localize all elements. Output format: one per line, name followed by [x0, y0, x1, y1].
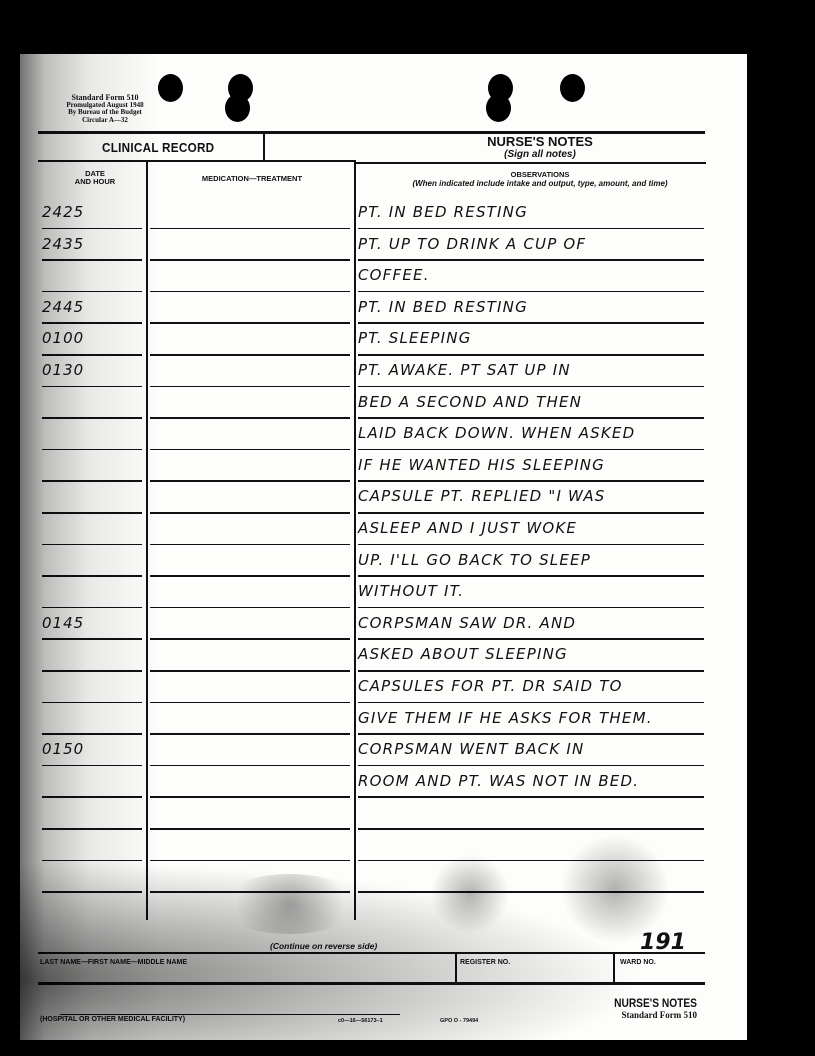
entry-observation: ASKED ABOUT SLEEPING	[358, 645, 568, 663]
row-rule	[358, 670, 704, 672]
entry-medication	[150, 671, 350, 703]
row-rule	[358, 449, 704, 451]
row-rule	[358, 575, 704, 577]
scan-smudge	[560, 834, 670, 944]
row-rule	[358, 891, 704, 893]
entry-time: 2425	[42, 203, 84, 221]
entry-observation: ROOM AND PT. WAS NOT IN BED.	[358, 772, 639, 790]
entry-observation: CORPSMAN SAW DR. AND	[358, 614, 576, 632]
row-rule	[358, 828, 704, 830]
row-rule	[42, 512, 142, 514]
date-column-header: DATE AND HOUR	[50, 170, 140, 186]
entry-medication	[150, 323, 350, 355]
observations-column-divider	[354, 162, 356, 920]
circular-label: Circular A—32	[50, 117, 160, 125]
row-rule	[42, 291, 142, 293]
row-rule	[358, 480, 704, 482]
row-rule	[42, 765, 142, 767]
row-rule	[358, 386, 704, 388]
row-rule	[42, 322, 142, 324]
entry-observation: PT. IN BED RESTING	[358, 203, 528, 221]
nurses-notes-title: NURSE'S NOTES	[355, 135, 725, 149]
record-type-title: CLINICAL RECORD	[102, 140, 214, 155]
entry-medication	[150, 576, 350, 608]
entry-medication	[150, 639, 350, 671]
row-rule	[42, 860, 142, 862]
row-rule	[358, 259, 704, 261]
entry-medication	[150, 197, 350, 229]
row-rule	[42, 544, 142, 546]
register-label: REGISTER NO.	[460, 959, 510, 966]
footer-rule-top	[38, 952, 705, 954]
observations-note: (When indicated include intake and outpu…	[355, 179, 725, 188]
footer-form-number: Standard Form 510	[575, 1010, 697, 1020]
row-rule	[358, 638, 704, 640]
row-rule	[358, 765, 704, 767]
row-rule	[42, 259, 142, 261]
form-identification: Standard Form 510 Promulgated August 194…	[50, 94, 160, 124]
entry-medication	[150, 355, 350, 387]
footer-title-block: NURSE'S NOTES Standard Form 510	[575, 996, 697, 1020]
date-column-divider	[146, 162, 148, 920]
register-divider	[455, 952, 457, 982]
footer-title: NURSE'S NOTES	[593, 996, 697, 1010]
row-rule	[358, 322, 704, 324]
entry-observation: ASLEEP AND I JUST WOKE	[358, 519, 577, 537]
footer-rule-bottom	[60, 1014, 400, 1015]
entry-medication	[150, 829, 350, 861]
entry-medication	[150, 229, 350, 261]
entry-medication	[150, 608, 350, 640]
ward-label: WARD NO.	[620, 959, 656, 966]
row-rule	[42, 733, 142, 735]
entry-medication	[150, 260, 350, 292]
header-top-rule	[38, 131, 705, 134]
entry-observation: COFFEE.	[358, 266, 430, 284]
patient-name-label: LAST NAME—FIRST NAME—MIDDLE NAME	[40, 959, 187, 966]
entry-medication	[150, 545, 350, 577]
entry-medication	[150, 450, 350, 482]
row-rule	[358, 228, 704, 230]
row-rule	[42, 891, 142, 893]
row-rule	[42, 480, 142, 482]
entry-observation: UP. I'LL GO BACK TO SLEEP	[358, 551, 591, 569]
row-rule	[358, 354, 704, 356]
print-code: c0—16—56173–1	[338, 1018, 383, 1024]
entry-observation: PT. AWAKE. PT SAT UP IN	[358, 361, 571, 379]
scan-smudge	[430, 854, 510, 934]
row-rule	[42, 702, 142, 704]
header-divider	[263, 133, 265, 160]
row-rule	[42, 575, 142, 577]
entry-medication	[150, 766, 350, 798]
entry-observation: PT. SLEEPING	[358, 329, 472, 347]
punch-hole	[486, 94, 511, 122]
entry-medication	[150, 703, 350, 735]
medication-column-header: MEDICATION—TREATMENT	[152, 175, 352, 183]
continue-note: (Continue on reverse side)	[270, 941, 377, 951]
punch-hole	[158, 74, 183, 102]
entry-medication	[150, 861, 350, 893]
row-rule	[358, 860, 704, 862]
punch-hole	[225, 94, 250, 122]
entry-observation: IF HE WANTED HIS SLEEPING	[358, 456, 605, 474]
row-rule	[42, 607, 142, 609]
entry-medication	[150, 292, 350, 324]
sign-notes-subtitle: (Sign all notes)	[355, 149, 725, 160]
row-rule	[42, 670, 142, 672]
footer-rule-mid	[38, 982, 705, 985]
observations-column-header: OBSERVATIONS (When indicated include int…	[355, 171, 725, 188]
gpo-code: GPO O - 79494	[440, 1018, 478, 1024]
entry-time: 2435	[42, 235, 84, 253]
entry-observation: CAPSULES FOR PT. DR SAID TO	[358, 677, 623, 695]
entry-observation: LAID BACK DOWN. WHEN ASKED	[358, 424, 635, 442]
row-rule	[358, 796, 704, 798]
row-rule	[42, 228, 142, 230]
entry-medication	[150, 387, 350, 419]
entry-observation: PT. IN BED RESTING	[358, 298, 528, 316]
header-bottom-rule-left	[38, 160, 356, 162]
row-rule	[358, 291, 704, 293]
entry-observation: GIVE THEM IF HE ASKS FOR THEM.	[358, 709, 653, 727]
entry-medication	[150, 418, 350, 450]
entry-medication	[150, 797, 350, 829]
row-rule	[42, 449, 142, 451]
entry-time: 0130	[42, 361, 84, 379]
form-title: NURSE'S NOTES (Sign all notes)	[355, 135, 725, 160]
entry-medication	[150, 734, 350, 766]
entry-time: 0145	[42, 614, 84, 632]
entry-observation: WITHOUT IT.	[358, 582, 464, 600]
entry-medication	[150, 513, 350, 545]
entry-observation: CORPSMAN WENT BACK IN	[358, 740, 584, 758]
row-rule	[358, 702, 704, 704]
row-rule	[42, 386, 142, 388]
entry-observation: PT. UP TO DRINK A CUP OF	[358, 235, 586, 253]
row-rule	[358, 417, 704, 419]
row-rule	[358, 607, 704, 609]
row-rule	[358, 512, 704, 514]
header-bottom-rule-right	[356, 162, 706, 164]
row-rule	[358, 544, 704, 546]
row-rule	[42, 638, 142, 640]
punch-hole	[560, 74, 585, 102]
row-rule	[42, 828, 142, 830]
entry-time: 0150	[42, 740, 84, 758]
row-rule	[42, 354, 142, 356]
row-rule	[42, 796, 142, 798]
entry-time: 2445	[42, 298, 84, 316]
entry-observation: BED A SECOND AND THEN	[358, 393, 582, 411]
row-rule	[358, 733, 704, 735]
entry-observation: CAPSULE PT. REPLIED "I WAS	[358, 487, 606, 505]
facility-label: (HOSPITAL OR OTHER MEDICAL FACILITY)	[40, 1016, 185, 1023]
nurses-notes-form: Standard Form 510 Promulgated August 194…	[20, 54, 747, 1040]
entry-time: 0100	[42, 329, 84, 347]
ward-divider	[613, 952, 615, 982]
row-rule	[42, 417, 142, 419]
entry-medication	[150, 481, 350, 513]
